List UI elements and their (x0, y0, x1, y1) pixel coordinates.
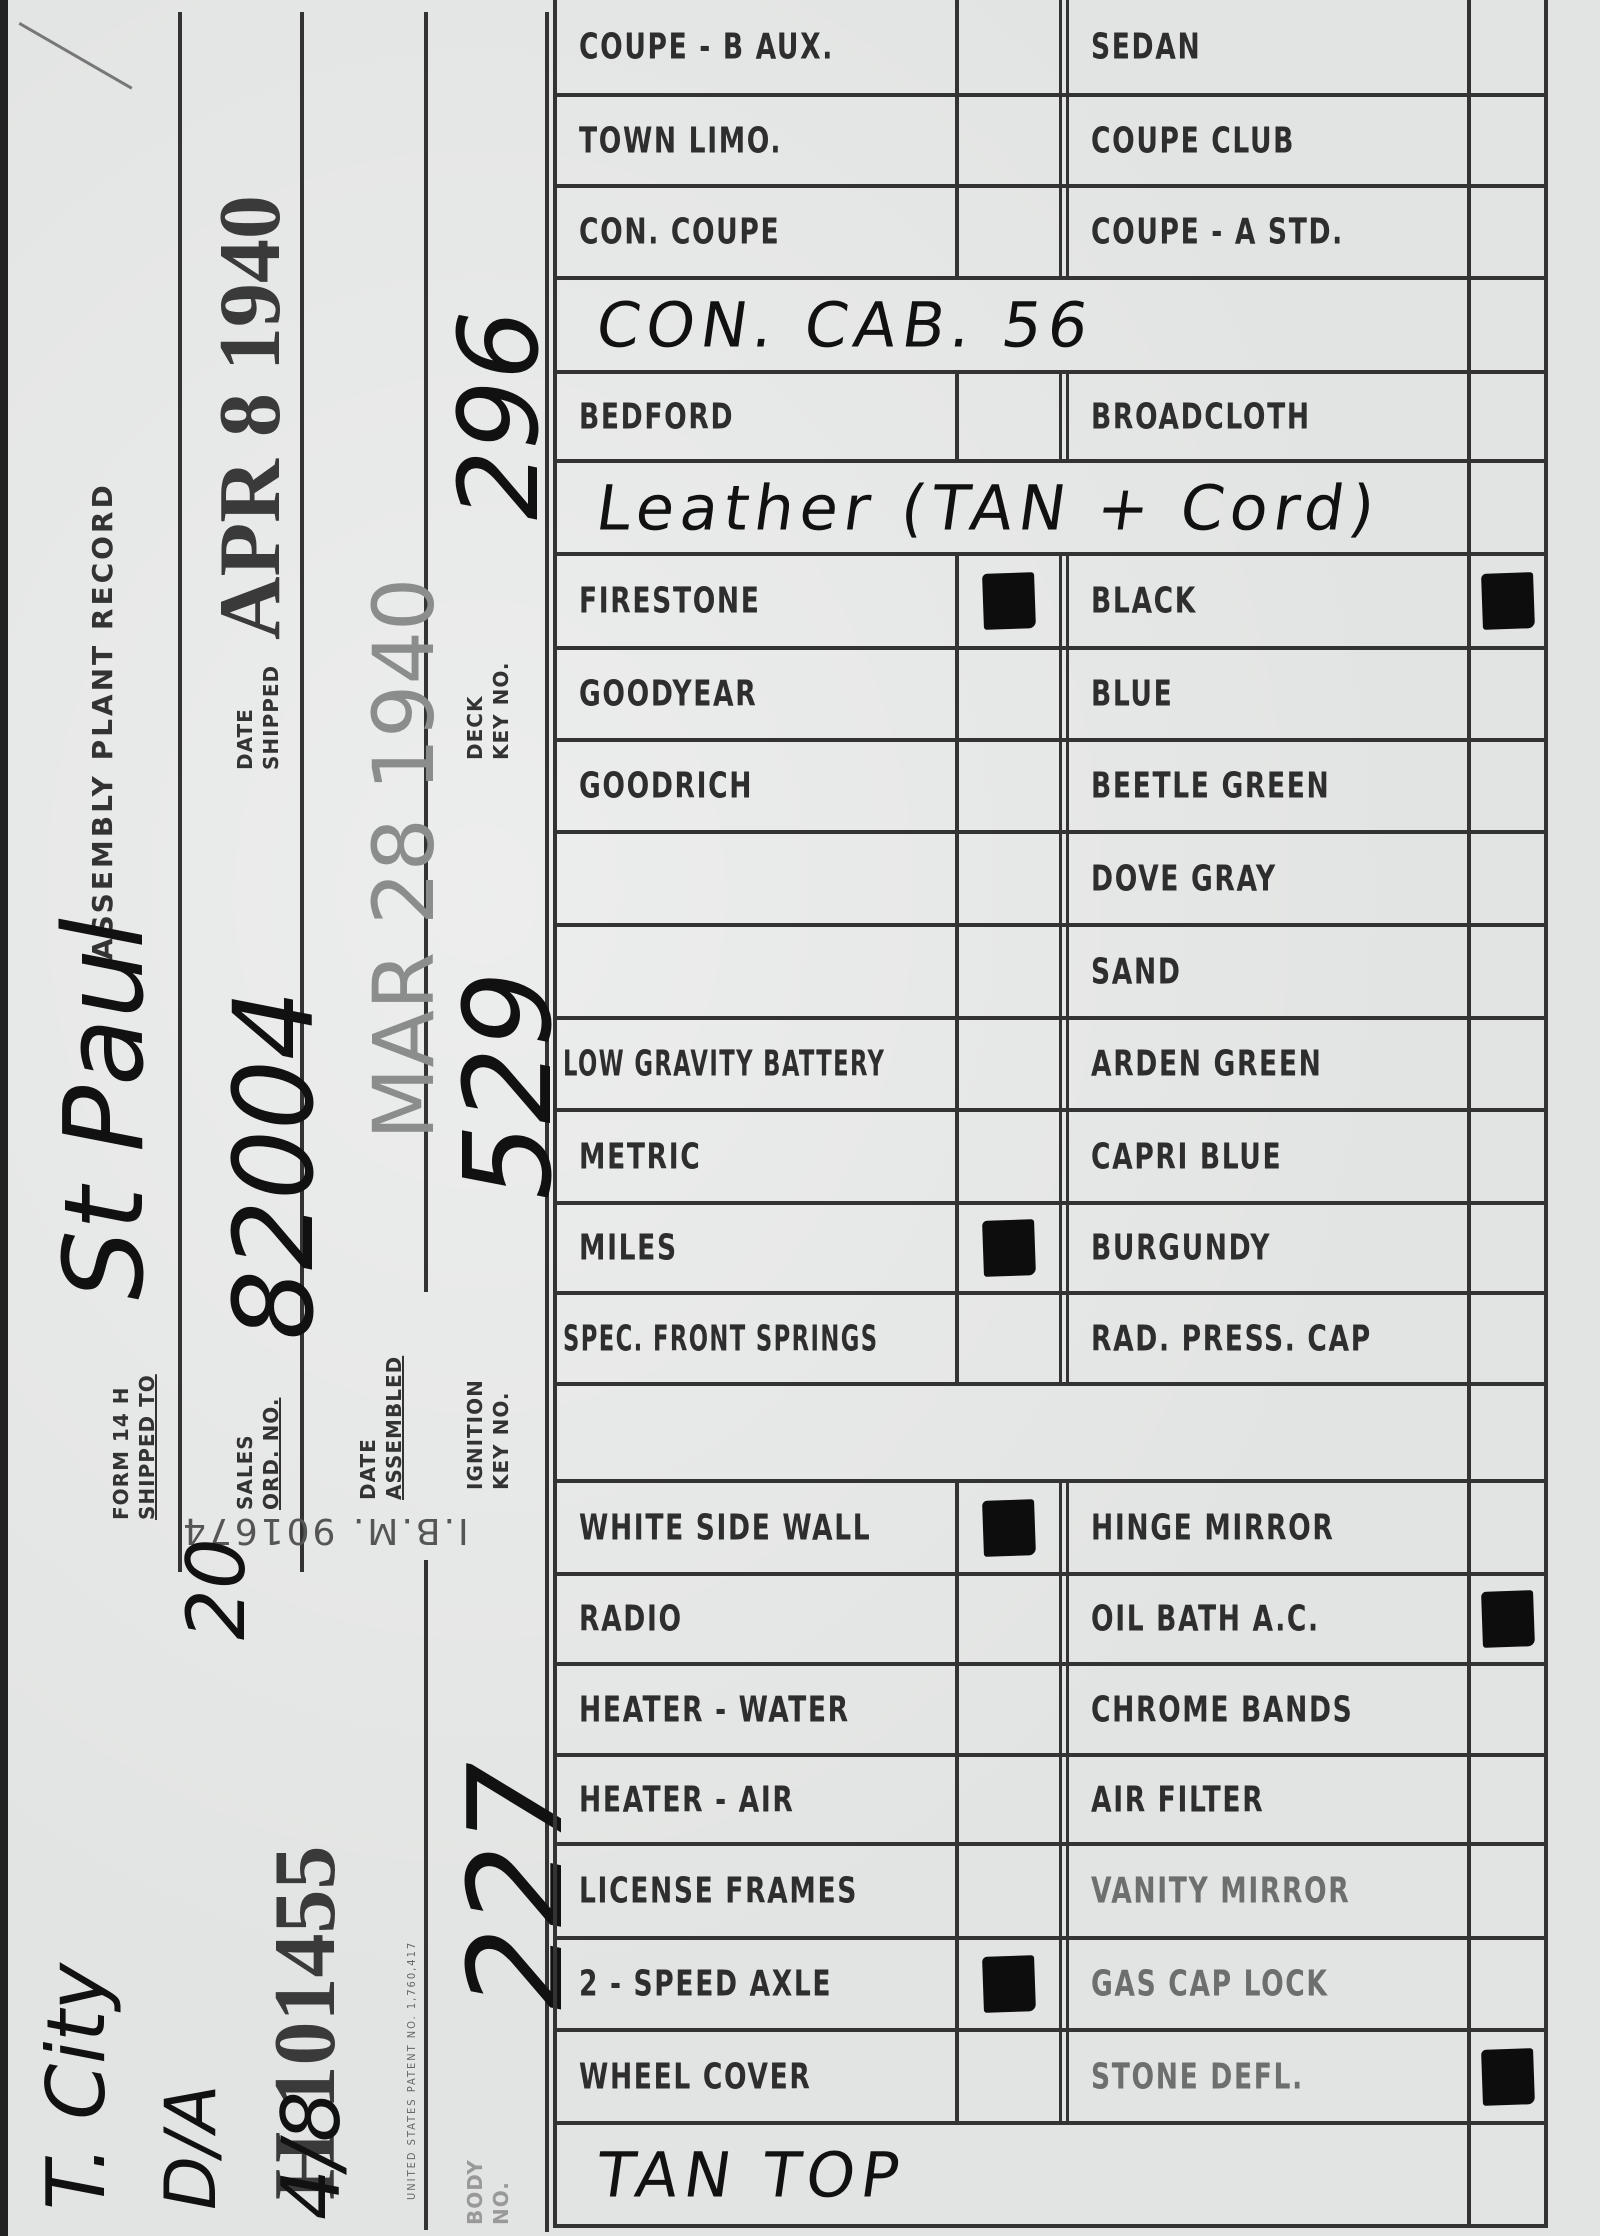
handwritten-entry[interactable]: Leather (TAN + Cord) (553, 463, 1467, 552)
option-label: CAPRI BLUE (1091, 1136, 1282, 1177)
option-label: SPEC. FRONT SPRINGS (563, 1318, 878, 1359)
option-broadcloth: BROADCLOTH (1059, 374, 1467, 459)
option-firestone: FIRESTONE (553, 556, 955, 646)
option-beetle-green: BEETLE GREEN (1059, 742, 1467, 830)
checkbox-hinge-mirror[interactable] (1467, 1483, 1548, 1572)
checkbox-blank[interactable] (955, 834, 1059, 923)
grid-row: TOWN LIMO.COUPE CLUB (553, 97, 1548, 188)
checkbox-radio[interactable] (955, 1576, 1059, 1662)
checkbox-beetle-green[interactable] (1467, 742, 1548, 830)
option-sedan: SEDAN (1059, 0, 1467, 93)
option-heater-water: HEATER - WATER (553, 1666, 955, 1753)
option-label: WHEEL COVER (579, 2056, 811, 2097)
option-white-side-wall: WHITE SIDE WALL (553, 1483, 955, 1572)
option-label: HEATER - AIR (579, 1779, 794, 1820)
checkbox-coupe-club[interactable] (1467, 97, 1548, 184)
deck-key-value: 296 (435, 310, 563, 520)
checkbox-goodyear[interactable] (955, 650, 1059, 738)
grid-row: CON. COUPECOUPE - A STD. (553, 188, 1548, 280)
grid-row: MILESBURGUNDY (553, 1205, 1548, 1295)
checkbox-metric[interactable] (955, 1112, 1059, 1201)
handwritten-entry[interactable]: TAN TOP (553, 2125, 1467, 2224)
checkbox-coupe-a-std[interactable] (1467, 188, 1548, 276)
blank-row (553, 1386, 1467, 1479)
checkbox-2-speed-axle[interactable] (955, 1940, 1059, 2028)
option-label: 2 - SPEED AXLE (579, 1964, 832, 2005)
options-grid: COUPE - B AUX.SEDANTOWN LIMO.COUPE CLUBC… (553, 0, 1548, 2236)
option-metric: METRIC (553, 1112, 955, 1201)
option-blank (553, 927, 955, 1016)
option-label: WHITE SIDE WALL (579, 1507, 871, 1548)
checkbox-vanity-mirror[interactable] (1467, 1846, 1548, 1936)
option-dove-gray: DOVE GRAY (1059, 834, 1467, 923)
checkmark-filled-icon (982, 1219, 1036, 1277)
option-low-gravity-battery: LOW GRAVITY BATTERY (553, 1020, 955, 1108)
option-label: CHROME BANDS (1091, 1689, 1353, 1730)
card-edge (0, 0, 8, 2236)
option-label: BURGUNDY (1091, 1228, 1271, 1269)
option-label: STONE DEFL. (1091, 2056, 1304, 2097)
body-no-label: BODY NO. (462, 2159, 514, 2225)
handwritten-text: CON. CAB. 56 (592, 289, 1099, 362)
option-blue: BLUE (1059, 650, 1467, 738)
option-arden-green: ARDEN GREEN (1059, 1020, 1467, 1108)
checkmark-filled-icon (1481, 1590, 1535, 1648)
option-town-limo: TOWN LIMO. (553, 97, 955, 184)
deck-key-label: DECK KEY NO. (462, 661, 514, 760)
checkmark-filled-icon (982, 1499, 1036, 1557)
grid-row: COUPE - B AUX.SEDAN (553, 0, 1548, 97)
checkbox-dove-gray[interactable] (1467, 834, 1548, 923)
option-label: MILES (579, 1228, 678, 1269)
checkbox-coupe-b-aux[interactable] (955, 0, 1059, 93)
option-label: BEETLE GREEN (1091, 766, 1330, 807)
option-rad-press-cap: RAD. PRESS. CAP (1059, 1295, 1467, 1382)
checkbox-chrome-bands[interactable] (1467, 1666, 1548, 1753)
option-coupe-b-aux: COUPE - B AUX. (553, 0, 955, 93)
checkmark-filled-icon (1481, 2048, 1535, 2106)
date-shipped-label: DATE SHIPPED (232, 665, 284, 770)
checkbox-blank[interactable] (1467, 1386, 1548, 1479)
grid-row: WHITE SIDE WALLHINGE MIRROR (553, 1483, 1548, 1576)
shipped-to-value: St Paul (40, 918, 168, 1300)
option-sand: SAND (1059, 927, 1467, 1016)
checkmark-filled-icon (982, 1955, 1036, 2013)
checkbox-air-filter[interactable] (1467, 1757, 1548, 1842)
checkbox-note[interactable] (1467, 280, 1548, 370)
option-license-frames: LICENSE FRAMES (553, 1846, 955, 1936)
ignition-key-label: IGNITION KEY NO. (462, 1379, 514, 1490)
checkbox-con-coupe[interactable] (955, 188, 1059, 276)
checkbox-sand[interactable] (1467, 927, 1548, 1016)
sales-order-label: SALES ORD. NO. (232, 1398, 284, 1510)
grid-row (553, 1386, 1548, 1483)
grid-row: SAND (553, 927, 1548, 1020)
option-hinge-mirror: HINGE MIRROR (1059, 1483, 1467, 1572)
checkbox-miles[interactable] (955, 1205, 1059, 1291)
option-stone-defl: STONE DEFL. (1059, 2032, 1467, 2121)
option-gas-cap-lock: GAS CAP LOCK (1059, 1940, 1467, 2028)
note-twenty: 20 (170, 1538, 263, 1640)
option-con-coupe: CON. COUPE (553, 188, 955, 276)
grid-row: WHEEL COVERSTONE DEFL. (553, 2032, 1548, 2125)
checkbox-broadcloth[interactable] (1467, 374, 1548, 459)
checkbox-burgundy[interactable] (1467, 1205, 1548, 1291)
option-label: GOODRICH (579, 766, 753, 807)
checkbox-oil-bath-a-c[interactable] (1467, 1576, 1548, 1662)
option-label: RAD. PRESS. CAP (1091, 1318, 1372, 1359)
grid-row: BEDFORDBROADCLOTH (553, 374, 1548, 463)
grid-row: SPEC. FRONT SPRINGSRAD. PRESS. CAP (553, 1295, 1548, 1386)
option-radio: RADIO (553, 1576, 955, 1662)
option-goodrich: GOODRICH (553, 742, 955, 830)
checkbox-sedan[interactable] (1467, 0, 1548, 93)
option-wheel-cover: WHEEL COVER (553, 2032, 955, 2121)
grid-row: FIRESTONEBLACK (553, 556, 1548, 650)
checkbox-goodrich[interactable] (955, 742, 1059, 830)
checkbox-heater-water[interactable] (955, 1666, 1059, 1753)
grid-row: METRICCAPRI BLUE (553, 1112, 1548, 1205)
option-label: COUPE - B AUX. (579, 26, 834, 67)
grid-row: TAN TOP (553, 2125, 1548, 2228)
option-label: GAS CAP LOCK (1091, 1964, 1329, 2005)
option-bedford: BEDFORD (553, 374, 955, 459)
option-label: SEDAN (1091, 26, 1201, 67)
option-label: GOODYEAR (579, 674, 757, 715)
option-label: FIRESTONE (579, 581, 761, 622)
option-label: LOW GRAVITY BATTERY (563, 1044, 885, 1085)
grid-row: 2 - SPEED AXLEGAS CAP LOCK (553, 1940, 1548, 2032)
option-label: CON. COUPE (579, 212, 780, 253)
grid-row: RADIOOIL BATH A.C. (553, 1576, 1548, 1666)
grid-row: HEATER - AIRAIR FILTER (553, 1757, 1548, 1846)
date-shipped-value: APR 8 1940 (200, 195, 301, 640)
option-coupe-a-std: COUPE - A STD. (1059, 188, 1467, 276)
option-black: BLACK (1059, 556, 1467, 646)
option-label: HEATER - WATER (579, 1689, 850, 1730)
checkbox-rad-press-cap[interactable] (1467, 1295, 1548, 1382)
checkbox-arden-green[interactable] (1467, 1020, 1548, 1108)
header-rule-3b (424, 1560, 428, 2230)
date-assembled-value: MAR 28 1940 (355, 578, 453, 1140)
checkbox-blank[interactable] (955, 927, 1059, 1016)
grid-row: GOODYEARBLUE (553, 650, 1548, 742)
option-label: COUPE CLUB (1091, 120, 1295, 161)
option-label: LICENSE FRAMES (579, 1871, 858, 1912)
form-title: ASSEMBLY PLANT RECORD (90, 482, 116, 960)
checkbox-stone-defl[interactable] (1467, 2032, 1548, 2121)
option-coupe-club: COUPE CLUB (1059, 97, 1467, 184)
checkbox-firestone[interactable] (955, 556, 1059, 646)
date-assembled-label: DATE ASSEMBLED (355, 1356, 407, 1500)
checkbox-town-limo[interactable] (955, 97, 1059, 184)
option-spec-front-springs: SPEC. FRONT SPRINGS (553, 1295, 955, 1382)
checkbox-blue[interactable] (1467, 650, 1548, 738)
checkbox-black[interactable] (1467, 556, 1548, 646)
option-blank (553, 834, 955, 923)
option-burgundy: BURGUNDY (1059, 1205, 1467, 1291)
shipped-to-label: FORM 14 H SHIPPED TO (108, 1374, 160, 1520)
checkbox-bedford[interactable] (955, 374, 1059, 459)
option-label: BLUE (1091, 674, 1173, 715)
checkbox-spec-front-springs[interactable] (955, 1295, 1059, 1382)
note-city: T. City (30, 1963, 123, 2210)
option-vanity-mirror: VANITY MIRROR (1059, 1846, 1467, 1936)
option-heater-air: HEATER - AIR (553, 1757, 955, 1842)
option-label: BEDFORD (579, 396, 734, 437)
option-chrome-bands: CHROME BANDS (1059, 1666, 1467, 1753)
checkbox-low-gravity-battery[interactable] (955, 1020, 1059, 1108)
grid-row: Leather (TAN + Cord) (553, 463, 1548, 556)
handwritten-entry[interactable]: CON. CAB. 56 (553, 280, 1467, 370)
option-label: DOVE GRAY (1091, 858, 1277, 899)
grid-row: LICENSE FRAMESVANITY MIRROR (553, 1846, 1548, 1940)
option-label: TOWN LIMO. (579, 120, 782, 161)
checkbox-gas-cap-lock[interactable] (1467, 1940, 1548, 2028)
option-air-filter: AIR FILTER (1059, 1757, 1467, 1842)
checkbox-note[interactable] (1467, 463, 1548, 552)
sales-order-value: 82004 (210, 990, 338, 1340)
option-label: AIR FILTER (1091, 1779, 1264, 1820)
pencil-mark (19, 22, 133, 90)
option-label: SAND (1091, 951, 1182, 992)
option-label: RADIO (579, 1599, 683, 1640)
option-label: COUPE - A STD. (1091, 212, 1344, 253)
option-miles: MILES (553, 1205, 955, 1291)
option-oil-bath-a-c: OIL BATH A.C. (1059, 1576, 1467, 1662)
note-da: D/A (150, 2085, 232, 2210)
option-goodyear: GOODYEAR (553, 650, 955, 738)
checkmark-filled-icon (982, 572, 1036, 630)
option-label: METRIC (579, 1136, 701, 1177)
checkbox-heater-air[interactable] (955, 1757, 1059, 1842)
handwritten-text: Leather (TAN + Cord) (592, 471, 1385, 544)
option-label: VANITY MIRROR (1091, 1871, 1350, 1912)
checkbox-capri-blue[interactable] (1467, 1112, 1548, 1201)
option-label: OIL BATH A.C. (1091, 1599, 1320, 1640)
note-date: 4/8 (265, 2091, 358, 2220)
grid-row: DOVE GRAY (553, 834, 1548, 927)
grid-row: CON. CAB. 56 (553, 280, 1548, 374)
option-label: ARDEN GREEN (1091, 1044, 1322, 1085)
option-label: HINGE MIRROR (1091, 1507, 1334, 1548)
option-label: BLACK (1091, 581, 1197, 622)
patent-note: UNITED STATES PATENT NO. 1,760,417 (405, 1941, 418, 2200)
grid-row: LOW GRAVITY BATTERYARDEN GREEN (553, 1020, 1548, 1112)
checkbox-license-frames[interactable] (955, 1846, 1059, 1936)
record-card: ASSEMBLY PLANT RECORD FORM 14 H SHIPPED … (0, 0, 1600, 2236)
grid-row: HEATER - WATERCHROME BANDS (553, 1666, 1548, 1757)
header-rule-1 (178, 12, 182, 1572)
checkbox-white-side-wall[interactable] (955, 1483, 1059, 1572)
checkbox-note[interactable] (1467, 2125, 1548, 2224)
option-2-speed-axle: 2 - SPEED AXLE (553, 1940, 955, 2028)
checkbox-wheel-cover[interactable] (955, 2032, 1059, 2121)
option-capri-blue: CAPRI BLUE (1059, 1112, 1467, 1201)
handwritten-text: TAN TOP (592, 2138, 910, 2211)
grid-row: GOODRICHBEETLE GREEN (553, 742, 1548, 834)
checkmark-filled-icon (1481, 572, 1535, 630)
option-label: BROADCLOTH (1091, 396, 1311, 437)
